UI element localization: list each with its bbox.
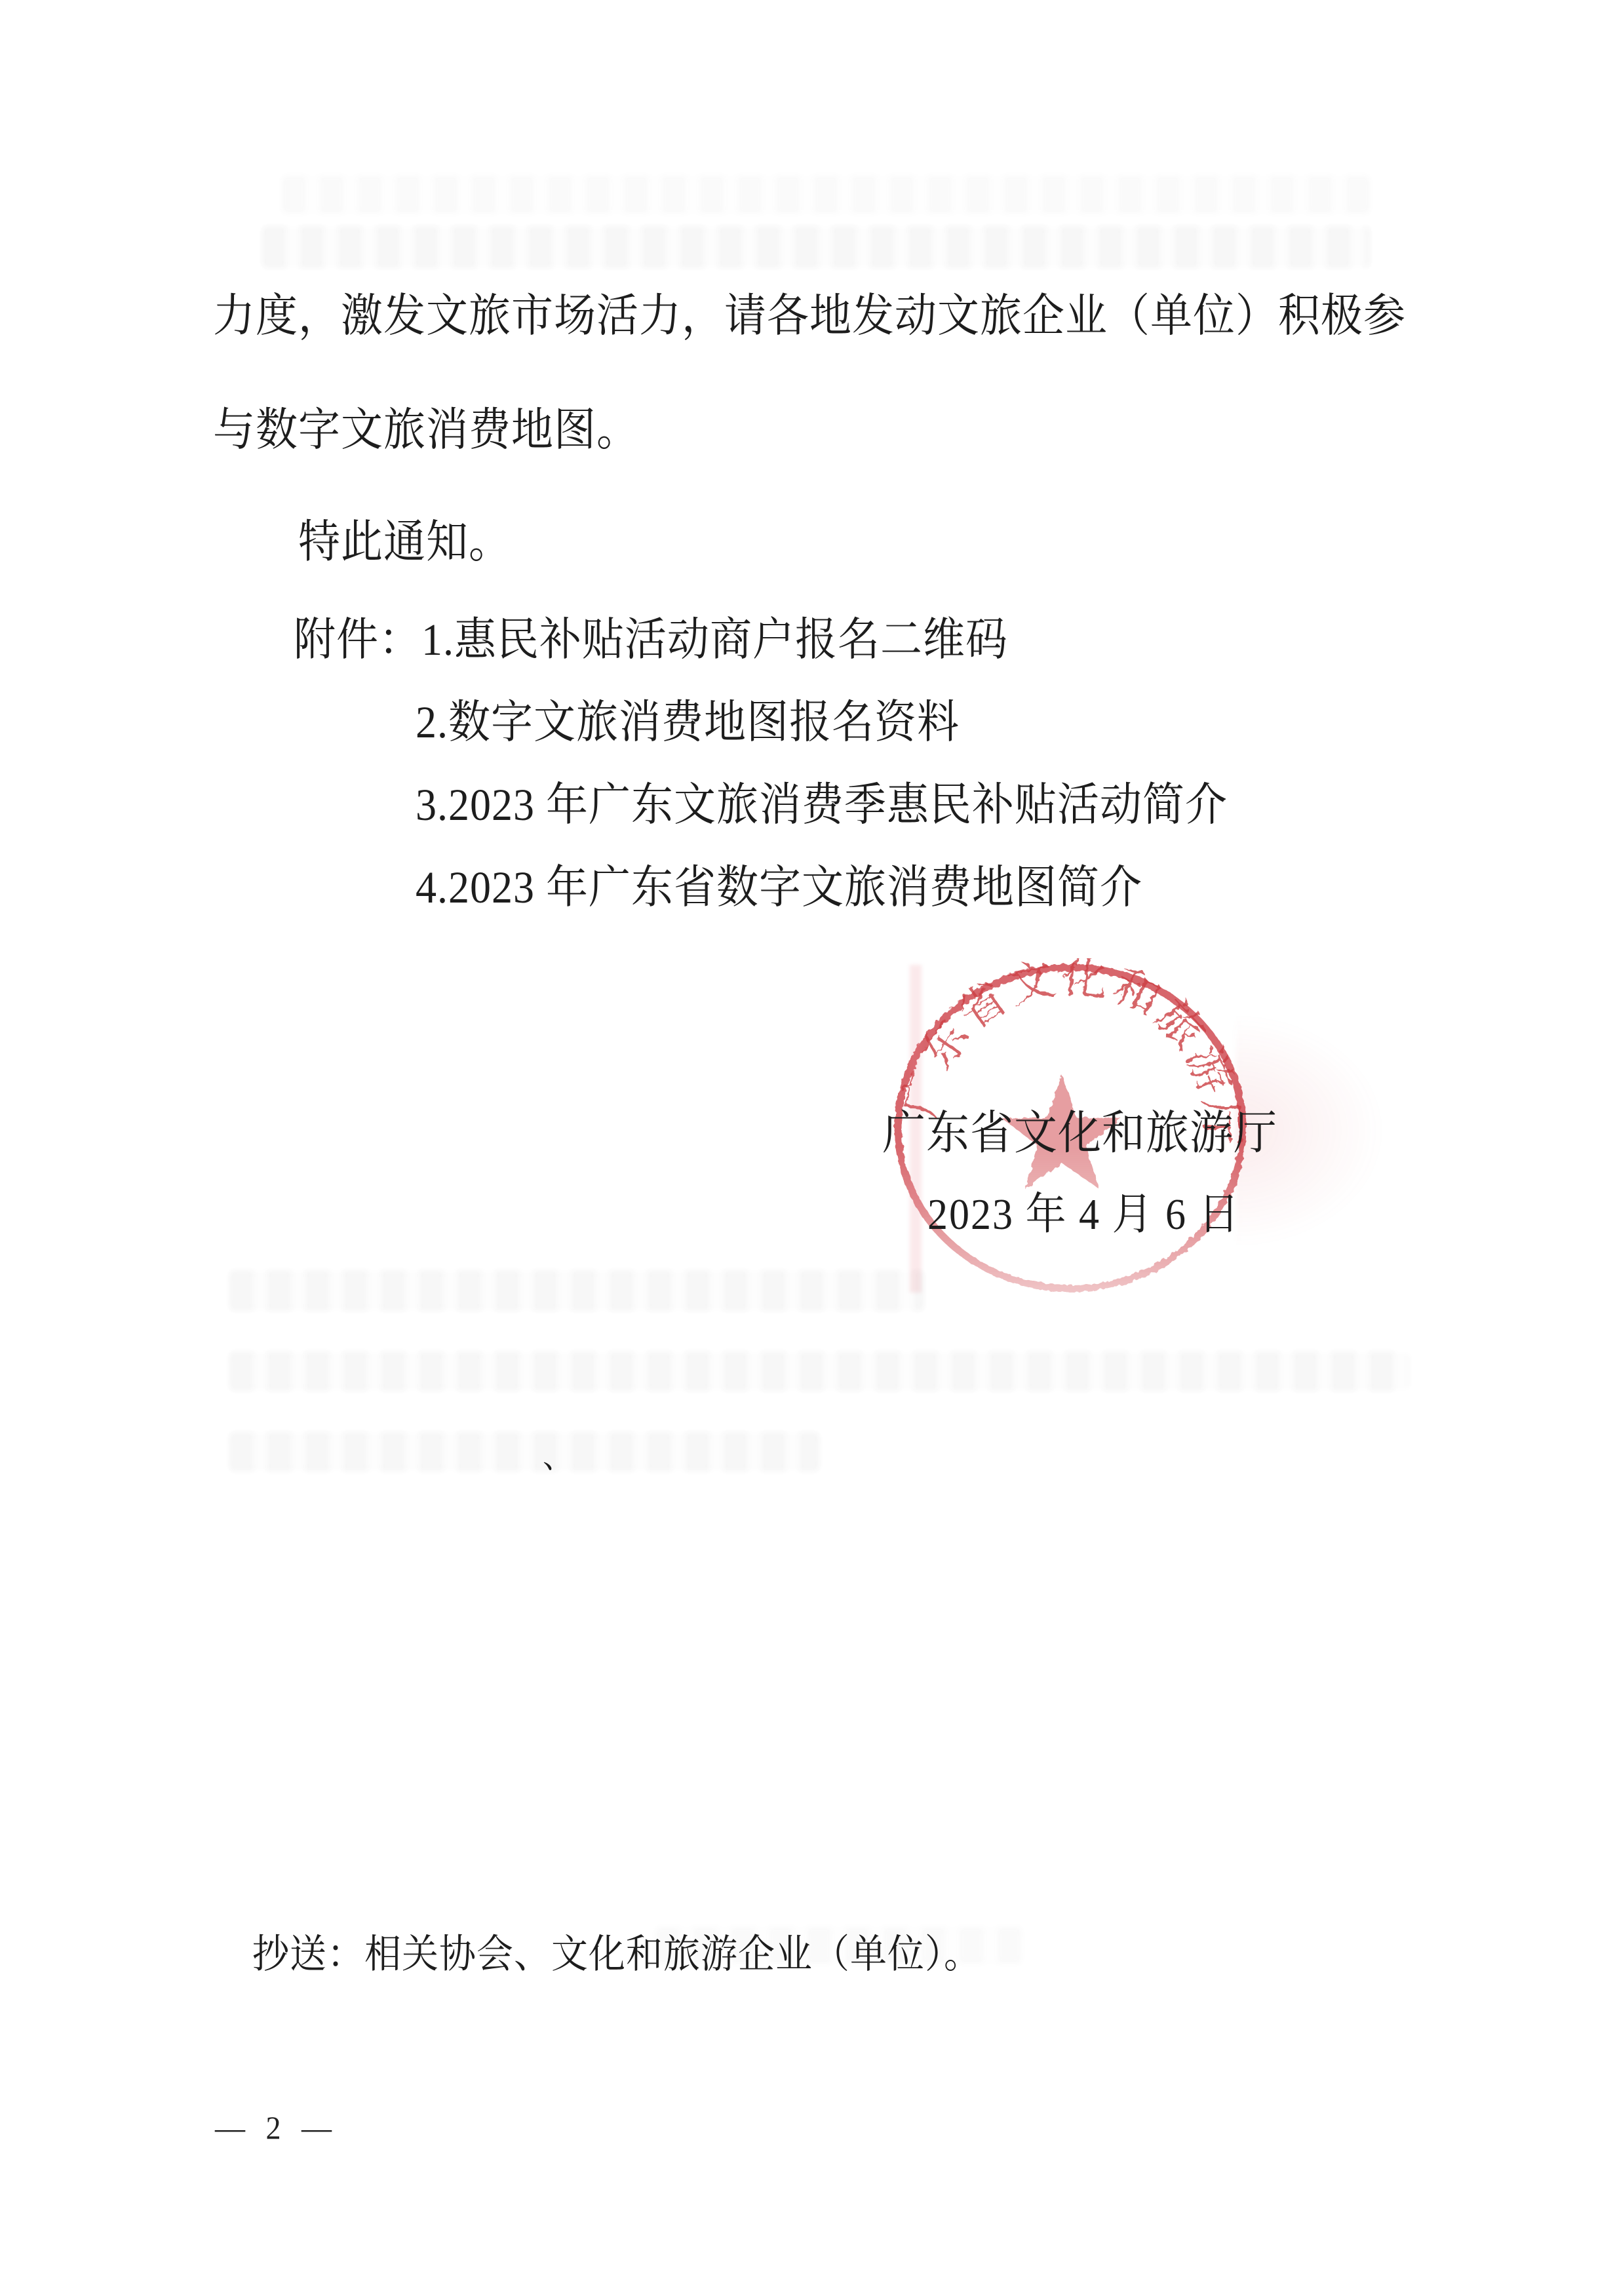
page-number: — 2 — (215, 2112, 338, 2145)
attachment-line-4: 4.2023 年广东省数字文旅消费地图简介 (416, 865, 1142, 910)
paragraph-line-1: 力度，激发文旅市场活力，请各地发动文旅企业（单位）积极参 (213, 294, 1406, 339)
stray-ink-mark: 、 (543, 1441, 573, 1473)
attachment-label: 附件： (294, 615, 421, 665)
paragraph-line-2: 与数字文旅消费地图。 (213, 408, 639, 453)
closing-line: 特此通知。 (298, 520, 511, 565)
issuer-signature: 广东省文化和旅游厅 (882, 1110, 1277, 1157)
attachment-line-1: 附件：1.惠民补贴活动商户报名二维码 (294, 617, 1008, 663)
cc-line: 抄送：相关协会、文化和旅游企业（单位）。 (252, 1935, 981, 1974)
bleedthrough-artifact (229, 1432, 819, 1471)
bleedthrough-artifact (262, 226, 1370, 268)
attachment-line-3: 3.2023 年广东文旅消费季惠民补贴活动简介 (416, 783, 1228, 828)
attachment-line-2: 2.数字文旅消费地图报名资料 (416, 700, 960, 745)
attachment-item: 1.惠民补贴活动商户报名二维码 (421, 615, 1008, 665)
bleedthrough-artifact (229, 1352, 1409, 1391)
document-page: 力度，激发文旅市场活力，请各地发动文旅企业（单位）积极参 与数字文旅消费地图。 … (0, 0, 1615, 2296)
issue-date: 2023 年 4 月 6 日 (927, 1193, 1241, 1237)
bleedthrough-artifact (282, 176, 1370, 214)
bleedthrough-artifact (229, 1270, 924, 1311)
